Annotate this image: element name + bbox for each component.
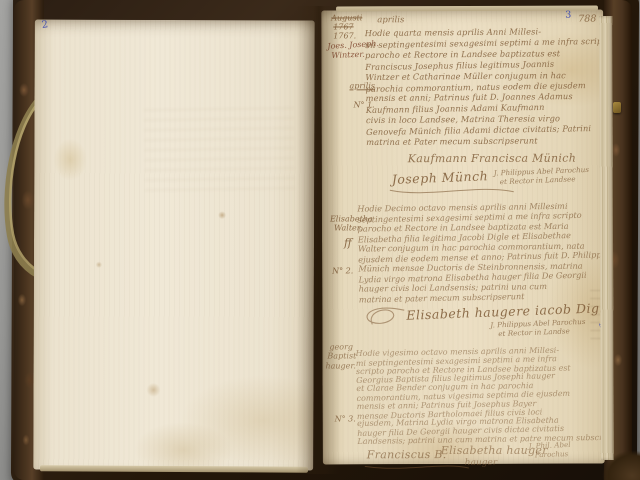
manuscript-line: matrina et Pater mecum subscripserunt [366,135,604,148]
left-page: 2 [33,20,315,471]
margin-year: 1767. [333,31,356,40]
ink-show-through [144,99,295,191]
entry1-text: Hodie quarta mensis aprilis Anni Millesi… [365,25,605,148]
entry3-rector-line2: Parochus [535,450,569,460]
manuscript-photo: 2 3 788 Augusti 1767 1767. Joes. Joseph.… [0,0,640,480]
page-stack-top-edge [336,6,598,12]
entry3-signature3: hauger [465,458,497,468]
margin-entry3-name2: Baptist [327,351,356,360]
margin-name-line2: Wintzer. [331,50,365,60]
pen-flourish-loops [358,304,410,330]
entry1-signature-large: Joseph Münch [392,168,489,187]
right-folio-number-blue: 3 [565,10,571,21]
margin-entry3-no: N° 3. [335,414,356,423]
margin-entry2-no: N° 2. [332,266,353,275]
margin-entry3-name1: georg [329,342,353,351]
entry1-signature-line: Kaufmann Francisca Münich [408,152,576,166]
paper-texture [33,20,315,471]
entry3-text: Hodie vigesimo octavo mensis aprilis ann… [356,345,608,447]
left-folio-number: 2 [41,19,49,31]
margin-crossed-year: 1767 [333,22,353,31]
margin-entry2-flourish: ff [344,238,352,247]
margin-crossed-month: Augusti [331,13,362,22]
entry2-rector-line2: et Rector in Landse [498,327,570,338]
entry2-text: Hodie Decimo octavo mensis aprilis anni … [357,200,605,304]
right-folio-number-ink: 788 [578,14,596,25]
margin-entry3-name3: hauger. [325,361,355,370]
month-header: aprilis [377,15,404,25]
page-stack-fore-edge [599,16,614,460]
entry3-signature1: Franciscus B. [367,448,447,461]
right-page: 3 788 Augusti 1767 1767. Joes. Joseph. W… [321,10,605,465]
brass-clasp-stud [613,102,621,113]
entry1-rector-line2: et Rector in Landsee [500,175,576,186]
